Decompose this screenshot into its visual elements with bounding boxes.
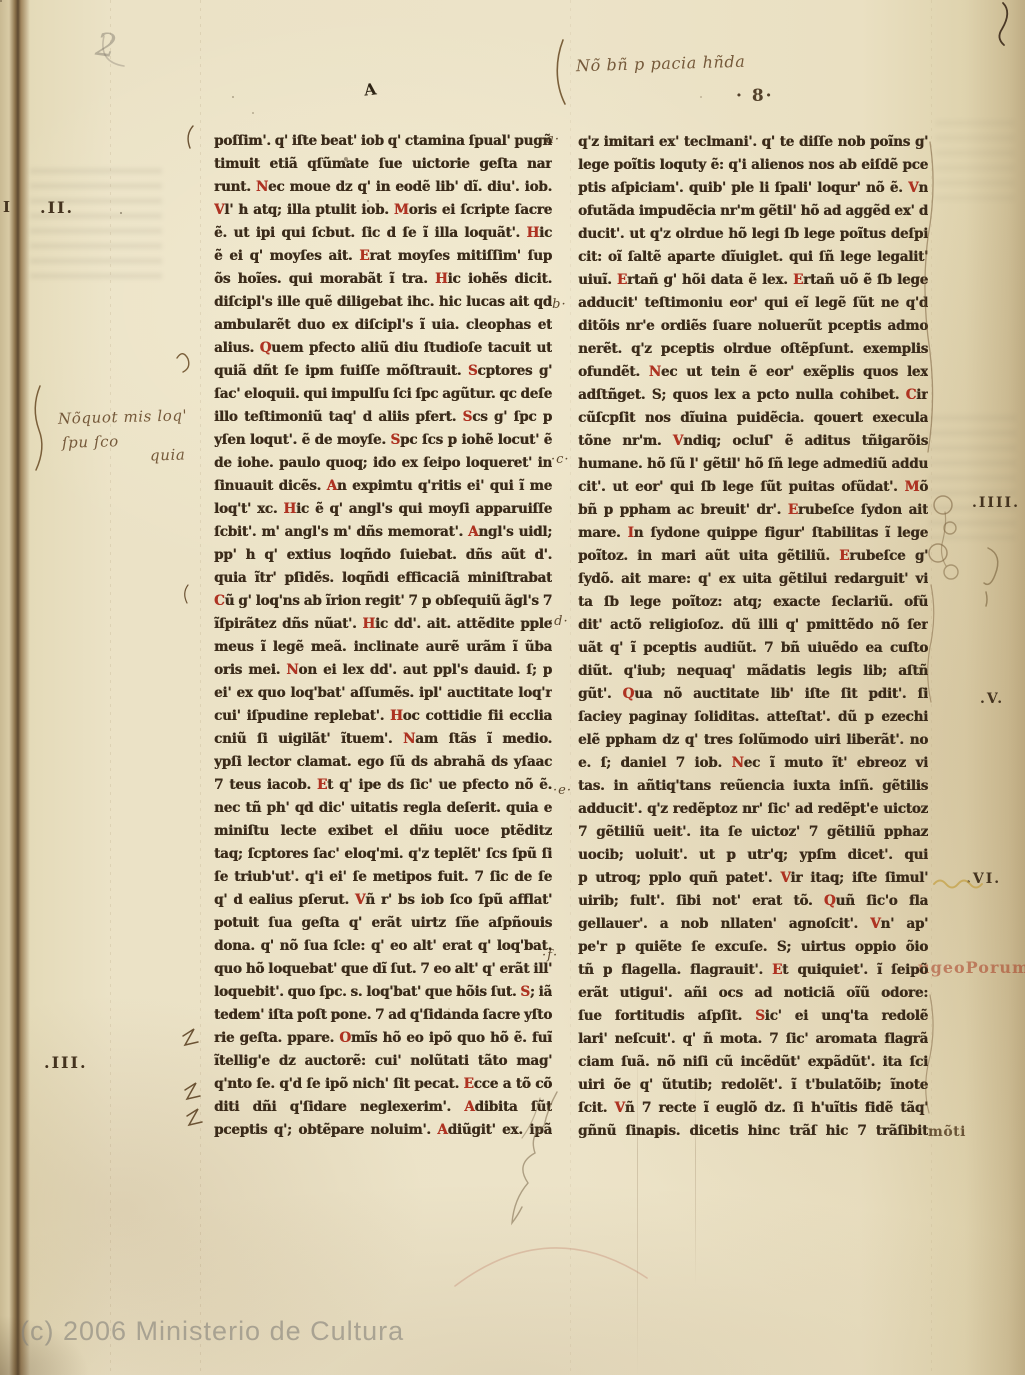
manuscript-text-line: uiuĩ. Ertañ g' hõi data ẽ lex. Ertañ uõ … — [578, 269, 928, 292]
manuscript-text-line: tedem' iſta poſt pone. 7 ad q'ſidanda ſa… — [214, 1004, 552, 1027]
margin-numeral-vi: .VI. — [966, 871, 1001, 887]
manuscript-text-line: nec tñ ph' qd dic' uitatis regla deſerit… — [214, 797, 552, 820]
manuscript-text-line: ſaciey paginay ſoliditas. atteſtat'. dũ … — [578, 706, 928, 729]
manuscript-text-line: de iohe. paulo quoq; ido ex ſeipo loquer… — [214, 452, 552, 475]
manuscript-text-line: ſydõ. ait mare: q' ex uita gẽtilui redar… — [578, 568, 928, 591]
manuscript-text-line: uocib; uoluit'. ut p utr'q; ypſm dicet'.… — [578, 844, 928, 867]
manuscript-text-line: quo hõ loquebat' que dĩ ſut. 7 eo alt' q… — [214, 958, 552, 981]
manuscript-text-line: ſinuauit dicẽs. An expimtu q'ritis ei' q… — [214, 475, 552, 498]
manuscript-text-line: potuit ſua geſta q' erãt uirtz ſñe aſpño… — [214, 912, 552, 935]
manuscript-text-line: poſſim'. q' iſte beat' iob q' ctamina ſp… — [214, 130, 552, 153]
manuscript-text-line: miniſtu lecte exibet el dñiu uoce ptẽdit… — [214, 820, 552, 843]
manuscript-text-line: diſcipl's ille quẽ diligebat ihc. hic lu… — [214, 291, 552, 314]
manuscript-text-line: diti dñi q'ſidare neglexerim'. Adibita ſ… — [214, 1096, 552, 1119]
manuscript-text-line: taq; ſcptores ſac' eloq'mi. q'z teplẽt' … — [214, 843, 552, 866]
margin-squiggle — [177, 354, 189, 372]
margin-numeral-ii: .II. — [40, 198, 74, 217]
manuscript-text-line: 7 gẽtiliũ ueit'. ita ſe uictoz' 7 gẽtili… — [578, 821, 928, 844]
manuscript-page: 2 A Nõ bñ p pacia hñda · 8· I .II. Nõquo… — [0, 0, 1025, 1375]
manuscript-text-line: ſue fortitudis aſpſit. Sic' ei unq'ta re… — [578, 1005, 928, 1028]
column-bracket — [188, 126, 193, 148]
manuscript-text-line: diũt. q'iub; nequaq' mãdatis legis lib; … — [578, 660, 928, 683]
manuscript-text-line: uirib; fult'. ſibi not' erat tõ. Quñ ſic… — [578, 890, 928, 913]
margin-note-line1: Nõquot mis loq' — [58, 406, 188, 427]
manuscript-text-line: ciam ſuã. nõ niſi cũ incẽdũt' expãdũt'. … — [578, 1051, 928, 1074]
manuscript-text-line: tas. in añtiq'tans reũencia iuxta inſñ. … — [578, 775, 928, 798]
manuscript-text-line: ſe triub'ut'. q'i ei' ſe metipos fuit. 7… — [214, 866, 552, 889]
manuscript-text-line: adſtñget. S; quos lex a pcto nulla cohib… — [578, 384, 928, 407]
showthrough-smudge — [935, 120, 1015, 210]
margin-numeral-iii: .III. — [44, 1053, 88, 1072]
manuscript-text-line: gũt'. Qua nõ auctitate lib' iſte ſit pdi… — [578, 683, 928, 706]
manuscript-text-line: tñ p flagella. flagrauit'. Et quiquiet'.… — [578, 959, 928, 982]
paraph-top-note — [557, 40, 565, 104]
text-column-left: poſſim'. q' iſte beat' iob q' ctamina ſp… — [214, 130, 552, 1142]
manuscript-text-line: e. ſ; daniel 7 iob. Nec ĩ muto ĩt' ebreo… — [578, 752, 928, 775]
manuscript-text-line: illo teſtimoniũ taq' d aliis pfert. Scs … — [214, 406, 552, 429]
manuscript-text-line: ptis aſpiciam'. quib' ple li ſpali' loqu… — [578, 177, 928, 200]
manuscript-text-line: cit'. ut eor' qui ſb lege ſũt puitas ofũ… — [578, 476, 928, 499]
manuscript-text-line: ambularẽt duo ex diſcipl's ĩ uia. cleoph… — [214, 314, 552, 337]
ruling-line — [931, 0, 932, 1375]
catchword: mõti — [928, 1124, 966, 1140]
column-bracket — [185, 1083, 200, 1099]
manuscript-text-line: ſcit. Vñ 7 recte ĩ euglõ dz. ſi h'uĩtis … — [578, 1097, 928, 1120]
margin-note-line3: quia — [150, 446, 186, 465]
manuscript-text-line: meus ĩ legẽ meã. inclinate aurẽ urãm ĩ ũ… — [214, 636, 552, 659]
manuscript-text-line: adducit'. q'z redẽptoz nr' ſic' ad redẽp… — [578, 798, 928, 821]
manuscript-text-line: humane. hõ ſũ l' gẽtil' hõ ſñ lege admed… — [578, 453, 928, 476]
manuscript-text-line: mare. In ſydone quippe figur' ſtabilitas… — [578, 522, 928, 545]
manuscript-text-line: ypſi lector clamat. ego ſũ ds abrahã ds … — [214, 751, 552, 774]
manuscript-text-line: quiã dñt ſe ipm fuiſſe mõſtrauit. Scptor… — [214, 360, 552, 383]
manuscript-text-line: p utroq; pplo quñ patet'. Vir itaq; iſte… — [578, 867, 928, 890]
manuscript-text-line: dona. q' nõ ſua ſcle: q' eo alt' erat q'… — [214, 935, 552, 958]
column-bracket — [183, 1029, 198, 1045]
ruling-line — [570, 0, 571, 1375]
manuscript-text-line: uiri õe q' ũtutib; redolẽt'. ĩ t'bulatõi… — [578, 1074, 928, 1097]
manuscript-text-line: gñnũ ſinapis. dicetis hinc trãſ hic 7 tr… — [578, 1120, 928, 1143]
manuscript-text-line: elẽ ppham dz q' tres ſolũmodo uiri liber… — [578, 729, 928, 752]
manuscript-text-line: q'nto ſe. q'd ſe ipõ nich' ſit pecat. Ec… — [214, 1073, 552, 1096]
manuscript-text-line: ẽ. ut ipi qui ſcbut. ſic d ſe ĩ illa loq… — [214, 222, 552, 245]
showthrough-smudge — [928, 415, 1016, 540]
manuscript-text-line: lege poĩtis loquty ẽ: q'i alienos nos ab… — [578, 154, 928, 177]
manuscript-text-line: ſac' eloquii. qui impulſu ſci ſpc agũtur… — [214, 383, 552, 406]
manuscript-text-line: ta ſb lege poĩtoz: atq; exacte ſeclariũ.… — [578, 591, 928, 614]
margin-numeral-iiii: .IIII. — [972, 495, 1020, 511]
manuscript-text-line: q'z imitari ex' teclmani'. q' te diſſe n… — [578, 131, 928, 154]
manuscript-text-line: uãt q' ĩ pceptis audiũt. 7 bñ uiuẽdo ea … — [578, 637, 928, 660]
ink-specks — [0, 0, 2, 2]
manuscript-text-line: adducit' teſtimoniu eor' qui eĩ legẽ ſũt… — [578, 292, 928, 315]
ruling-line — [200, 0, 201, 1375]
top-margin-note: Nõ bñ p pacia hñda — [576, 52, 746, 75]
margin-note-line2: ſpu ſco — [62, 432, 119, 451]
manuscript-text-line: yſen loqut'. ẽ de moyſe. Spc ſcs p iohẽ … — [214, 429, 552, 452]
gutter-letter-c: ·c· — [551, 452, 570, 467]
margin-paraph-d — [984, 548, 998, 606]
manuscript-text-line: 7 teus iacob. Et q' ipe ds ſic' ue pfect… — [214, 774, 552, 797]
manuscript-text-line: õs hoĩes. qui morabãt ĩ tra. Hic iohẽs d… — [214, 268, 552, 291]
manuscript-text-line: ei' ex quo loq'bat' aſſumẽs. ipl' auctit… — [214, 682, 552, 705]
manuscript-text-line: alius. Quem pfecto aliũ diu ſtudioſe tac… — [214, 337, 552, 360]
manuscript-text-line: pceptis q'; obtẽpare noluim'. Adiũgit' e… — [214, 1119, 552, 1142]
manuscript-text-line: pe'r p quiẽte ſe excuſe. S; uirtus oppio… — [578, 936, 928, 959]
manuscript-text-line: ofundẽt. Nec ut tein ẽ eor' exẽplis quos… — [578, 361, 928, 384]
showthrough-smudge — [30, 168, 162, 280]
manuscript-text-line: ĩtellig'e dz auctorẽ: cui' nolũtati tãto… — [214, 1050, 552, 1073]
manuscript-text-line: Cũ g' loq'ns ab ĩrion regit' 7 p obſequi… — [214, 590, 552, 613]
manuscript-text-line: nerẽt. q'z pceptis olrdue oſtẽpſunt. exe… — [578, 338, 928, 361]
manuscript-text-line: lari' neſcuit'. q' ñ mota. 7 ſic' aromat… — [578, 1028, 928, 1051]
left-edge-numeral: I — [3, 198, 12, 216]
manuscript-text-line: timuit etiã qſũmate ſue uictorie geſta n… — [214, 153, 552, 176]
column-bracket — [185, 585, 188, 603]
manuscript-text-line: rie geſta. ppare. Omĩs hõ eo ipõ quo hõ … — [214, 1027, 552, 1050]
manuscript-text-line: erãt utigui'. añi ocs ad noticiã oĩũ odo… — [578, 982, 928, 1005]
pencil-mark: 2 — [93, 25, 118, 65]
manuscript-text-line: ſcbit'. m' angl's m' dñs memorat'. Angl'… — [214, 521, 552, 544]
manuscript-text-line: quia ĩtr' pſidẽs. loqñdi efficaciã miniſ… — [214, 567, 552, 590]
manuscript-text-line: loq't' xc. Hic ẽ q' angl's qui moyſi app… — [214, 498, 552, 521]
text-column-right: q'z imitari ex' teclmani'. q' te diſſe n… — [578, 131, 928, 1143]
manuscript-text-line: cit: oĩ ſaltẽ aparte dĩuiglet. qui ſñ le… — [578, 246, 928, 269]
manuscript-text-line: Vl' h atq; illa ptulit iob. Moris ei ſcr… — [214, 199, 552, 222]
manuscript-text-line: cũſcpſit nos dĩuina puidẽcia. qouert exe… — [578, 407, 928, 430]
manuscript-text-line: ĩſpirãtez dñs nũat'. Hic dd'. ait. attẽd… — [214, 613, 552, 636]
manuscript-text-line: loquebit'. quo ſpc. s. loq'bat' que hõis… — [214, 981, 552, 1004]
manuscript-text-line: bñ p ppham ac breuit' dr'. Erubeſce ſydo… — [578, 499, 928, 522]
manuscript-text-line: cui' iſpudine replebat'. Hoc cottidie fi… — [214, 705, 552, 728]
margin-numeral-v: .V. — [980, 691, 1004, 707]
manuscript-text-line: runt. Nec moue dz q' in eodẽ lib' dĩ. di… — [214, 176, 552, 199]
manuscript-text-line: cniũ ſi uigilãt' ĩtuem'. Nam ſtãs ĩ medi… — [214, 728, 552, 751]
offset-red-text: ugeoPorum — [918, 958, 1025, 977]
manuscript-text-line: ẽ ei q' moyſes ait. Erat moyſes mitiſſim… — [214, 245, 552, 268]
manuscript-text-line: q' d ealius pſerut. Vñ r' bs iob ſco ſpũ… — [214, 889, 552, 912]
manuscript-text-line: dit' actõ religioſoz. dũ illi q' pmittẽd… — [578, 614, 928, 637]
paraph-margin-note — [35, 386, 42, 470]
folio-number: · 8· — [736, 86, 774, 106]
manuscript-text-line: ditõis nr'e ordiẽs ſuare noluerũt pcepti… — [578, 315, 928, 338]
quire-mark: A — [363, 79, 377, 99]
manuscript-text-line: tõne nr'm. Vndiq; ocluſ' ẽ aditus tñigar… — [578, 430, 928, 453]
watermark-text: (c) 2006 Ministerio de Cultura — [20, 1316, 404, 1347]
manuscript-text-line: poĩtoz. in mari aũt uita gẽtiliũ. Erubeſ… — [578, 545, 928, 568]
manuscript-text-line: pp' h q' extius loqñdo ſuiebat. dñs aũt … — [214, 544, 552, 567]
corner-flourish — [999, 3, 1007, 45]
manuscript-text-line: ducit'. ut q'z olrdue hõ legi ſb lege po… — [578, 223, 928, 246]
manuscript-text-line: oris mei. Non ei lex dd'. aut ppl's daui… — [214, 659, 552, 682]
gutter-letter-e: ·e· — [553, 783, 572, 798]
manuscript-text-line: gellauer'. a nob nllaten' agnoſcit'. Vn'… — [578, 913, 928, 936]
manuscript-text-line: ofutãda impudẽcia nr'm gẽtil' hõ ad aggẽ… — [578, 200, 928, 223]
faint-arc — [455, 1248, 647, 1286]
